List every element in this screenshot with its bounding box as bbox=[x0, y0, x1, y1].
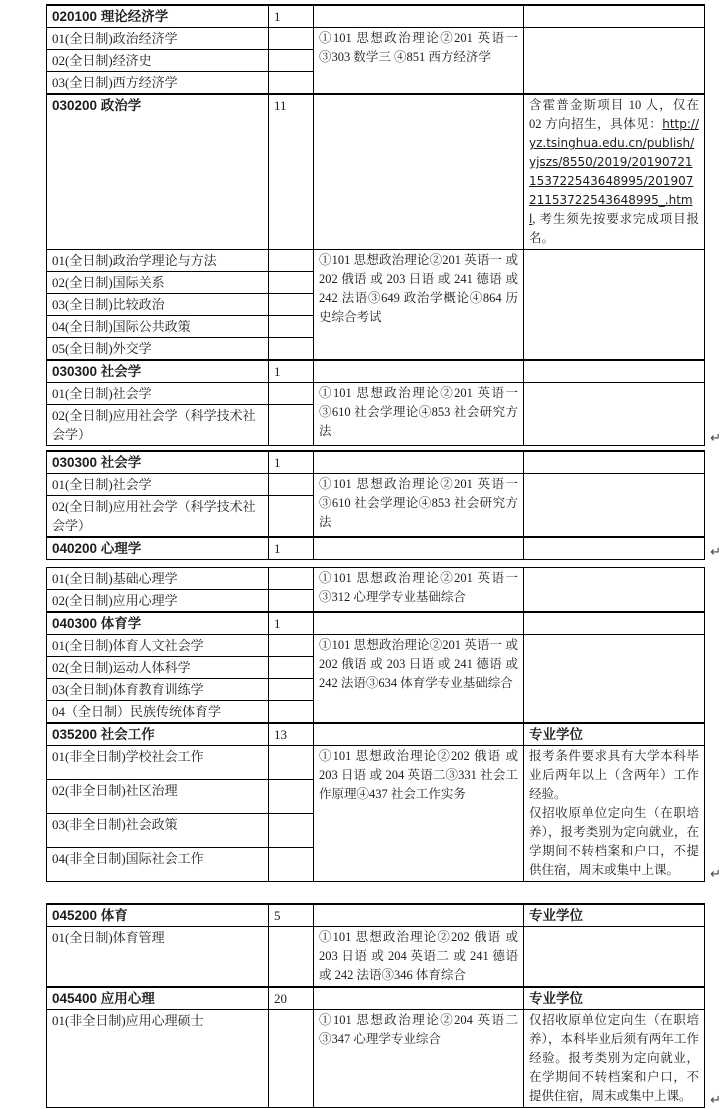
program-header-row: 020100 理论经济学1 bbox=[47, 5, 705, 28]
remark-cell bbox=[524, 537, 705, 560]
remark-cell bbox=[524, 28, 705, 95]
document-page: 020100 理论经济学101(全日制)政治经济学①101 思想政治理论②201… bbox=[0, 0, 726, 1108]
remark-cell: 含霍普金斯项目 10 人，仅在 02 方向招生，具体见：http://yz.ts… bbox=[524, 94, 705, 250]
table-row: 01(非全日制)应用心理硕士①101 思想政治理论②204 英语二③347 心理… bbox=[47, 1010, 705, 1108]
enrollment-count-cell bbox=[269, 746, 314, 780]
remark-text: 报考条件要求具有大学本科毕业后两年以上（含两年）工作经验。 bbox=[529, 749, 699, 801]
program-code-cell: 035200 社会工作 bbox=[47, 723, 269, 746]
enrollment-count-cell: 11 bbox=[269, 94, 314, 250]
direction-cell: 05(全日制)外交学 bbox=[47, 338, 269, 361]
program-header-row: 045400 应用心理20专业学位 bbox=[47, 987, 705, 1010]
direction-cell: 02(全日制)运动人体科学 bbox=[47, 657, 269, 679]
enrollment-count-cell bbox=[269, 316, 314, 338]
exam-subjects-cell bbox=[314, 94, 524, 250]
enrollment-count-cell bbox=[269, 405, 314, 446]
remark-cell: 专业学位 bbox=[524, 723, 705, 746]
direction-cell: 01(全日制)基础心理学 bbox=[47, 568, 269, 590]
remark-cell bbox=[524, 360, 705, 383]
enrollment-count-cell bbox=[269, 28, 314, 50]
program-header-row: 030300 社会学1 bbox=[47, 360, 705, 383]
exam-subjects-cell bbox=[314, 537, 524, 560]
enrollment-count-cell: 1 bbox=[269, 451, 314, 474]
direction-cell: 02(全日制)国际关系 bbox=[47, 272, 269, 294]
table-row: 01(全日制)基础心理学①101 思想政治理论②201 英语一③312 心理学专… bbox=[47, 568, 705, 590]
admissions-table: 01(全日制)基础心理学①101 思想政治理论②201 英语一③312 心理学专… bbox=[46, 567, 705, 882]
enrollment-count-cell: 13 bbox=[269, 723, 314, 746]
enrollment-count-cell: 20 bbox=[269, 987, 314, 1010]
direction-cell: 04(全日制)国际公共政策 bbox=[47, 316, 269, 338]
enrollment-count-cell bbox=[269, 72, 314, 95]
paragraph-return-mark: ↵ bbox=[710, 546, 721, 560]
table-row: 01(非全日制)学校社会工作①101 思想政治理论②202 俄语 或 203 日… bbox=[47, 746, 705, 780]
remark-cell bbox=[524, 474, 705, 538]
document-body: { "document": { "return_mark": "↵", "col… bbox=[0, 0, 726, 1109]
enrollment-count-cell bbox=[269, 272, 314, 294]
program-header-row: 040300 体育学1 bbox=[47, 612, 705, 635]
enrollment-count-cell bbox=[269, 590, 314, 613]
direction-cell: 02(全日制)应用社会学（科学技术社会学） bbox=[47, 405, 269, 446]
direction-cell: 01(全日制)体育管理 bbox=[47, 927, 269, 988]
table-section-4: 045200 体育5专业学位01(全日制)体育管理①101 思想政治理论②202… bbox=[46, 903, 704, 1108]
enrollment-count-cell bbox=[269, 294, 314, 316]
exam-subjects-cell: ①101 思想政治理论②202 俄语 或 203 日语 或 204 英语二③33… bbox=[314, 746, 524, 882]
direction-cell: 03(非全日制)社会政策 bbox=[47, 814, 269, 848]
exam-subjects-cell: ①101 思想政治理论②202 俄语 或 203 日语 或 204 英语二 或 … bbox=[314, 927, 524, 988]
exam-subjects-cell bbox=[314, 360, 524, 383]
direction-cell: 01(全日制)政治经济学 bbox=[47, 28, 269, 50]
exam-subjects-cell bbox=[314, 5, 524, 28]
enrollment-count-cell bbox=[269, 1010, 314, 1108]
paragraph-return-mark: ↵ bbox=[710, 868, 721, 882]
remark-cell bbox=[524, 568, 705, 613]
program-code-cell: 045200 体育 bbox=[47, 904, 269, 927]
enrollment-count-cell bbox=[269, 635, 314, 657]
enrollment-count-cell bbox=[269, 848, 314, 882]
table-row: 01(全日制)体育管理①101 思想政治理论②202 俄语 或 203 日语 或… bbox=[47, 927, 705, 988]
remark-cell: 专业学位 bbox=[524, 904, 705, 927]
paragraph-return-mark: ↵ bbox=[710, 1094, 721, 1108]
program-header-row: 045200 体育5专业学位 bbox=[47, 904, 705, 927]
enrollment-count-cell bbox=[269, 780, 314, 814]
direction-cell: 01(全日制)社会学 bbox=[47, 383, 269, 405]
direction-cell: 01(非全日制)应用心理硕士 bbox=[47, 1010, 269, 1108]
enrollment-count-cell bbox=[269, 383, 314, 405]
program-header-row: 035200 社会工作13专业学位 bbox=[47, 723, 705, 746]
table-row: 01(全日制)社会学①101 思想政治理论②201 英语一③610 社会学理论④… bbox=[47, 474, 705, 496]
direction-cell: 02(全日制)应用社会学（科学技术社会学） bbox=[47, 496, 269, 538]
direction-cell: 01(全日制)体育人文社会学 bbox=[47, 635, 269, 657]
admissions-table: 020100 理论经济学101(全日制)政治经济学①101 思想政治理论②201… bbox=[46, 4, 705, 446]
enrollment-count-cell bbox=[269, 927, 314, 988]
exam-subjects-cell bbox=[314, 904, 524, 927]
direction-cell: 02(全日制)经济史 bbox=[47, 50, 269, 72]
enrollment-count-cell bbox=[269, 474, 314, 496]
enrollment-count-cell bbox=[269, 338, 314, 361]
table-section-1: 020100 理论经济学101(全日制)政治经济学①101 思想政治理论②201… bbox=[46, 4, 704, 446]
remark-cell bbox=[524, 250, 705, 361]
program-code-cell: 020100 理论经济学 bbox=[47, 5, 269, 28]
remark-cell bbox=[524, 451, 705, 474]
exam-subjects-cell: ①101 思想政治理论②201 英语一③610 社会学理论④853 社会研究方法 bbox=[314, 474, 524, 538]
program-code-cell: 040300 体育学 bbox=[47, 612, 269, 635]
enrollment-count-cell: 1 bbox=[269, 360, 314, 383]
exam-subjects-cell: ①101 思想政治理论②201 英语一 或 202 俄语 或 203 日语 或 … bbox=[314, 635, 524, 724]
enrollment-count-cell bbox=[269, 496, 314, 538]
exam-subjects-cell: ①101 思想政治理论②201 英语一③610 社会学理论④853 社会研究方法 bbox=[314, 383, 524, 446]
direction-cell: 04(非全日制)国际社会工作 bbox=[47, 848, 269, 882]
enrollment-count-cell: 5 bbox=[269, 904, 314, 927]
table-row: 01(全日制)政治经济学①101 思想政治理论②201 英语一 ③303 数学三… bbox=[47, 28, 705, 50]
enrollment-count-cell: 1 bbox=[269, 537, 314, 560]
program-code-cell: 040200 心理学 bbox=[47, 537, 269, 560]
remark-cell bbox=[524, 927, 705, 988]
exam-subjects-cell: ①101 思想政治理论②204 英语二③347 心理学专业综合 bbox=[314, 1010, 524, 1108]
direction-cell: 02(全日制)应用心理学 bbox=[47, 590, 269, 613]
exam-subjects-cell: ①101 思想政治理论②201 英语一 或 202 俄语 或 203 日语 或 … bbox=[314, 250, 524, 361]
remark-cell: 专业学位 bbox=[524, 987, 705, 1010]
exam-subjects-cell bbox=[314, 451, 524, 474]
program-code-cell: 030300 社会学 bbox=[47, 451, 269, 474]
exam-subjects-cell bbox=[314, 987, 524, 1010]
remark-cell: 报考条件要求具有大学本科毕业后两年以上（含两年）工作经验。仅招收原单位定向生（在… bbox=[524, 746, 705, 882]
table-row: 01(全日制)政治学理论与方法①101 思想政治理论②201 英语一 或 202… bbox=[47, 250, 705, 272]
table-section-3: 01(全日制)基础心理学①101 思想政治理论②201 英语一③312 心理学专… bbox=[46, 567, 704, 882]
direction-cell: 01(全日制)社会学 bbox=[47, 474, 269, 496]
exam-subjects-cell: ①101 思想政治理论②201 英语一 ③303 数学三 ④851 西方经济学 bbox=[314, 28, 524, 95]
table-row: 01(全日制)社会学①101 思想政治理论②201 英语一③610 社会学理论④… bbox=[47, 383, 705, 405]
remark-cell bbox=[524, 612, 705, 635]
remark-text: , 考生须先按要求完成项目报名。 bbox=[529, 212, 699, 245]
remark-cell bbox=[524, 383, 705, 446]
remark-text: 仅招收原单位定向生（在职培养），报考类别为定向就业，在学期间不转档案和户口，不提… bbox=[529, 806, 699, 877]
enrollment-count-cell bbox=[269, 250, 314, 272]
program-header-row: 030200 政治学11含霍普金斯项目 10 人，仅在 02 方向招生，具体见：… bbox=[47, 94, 705, 250]
enrollment-count-cell bbox=[269, 568, 314, 590]
program-code-cell: 030200 政治学 bbox=[47, 94, 269, 250]
program-code-cell: 030300 社会学 bbox=[47, 360, 269, 383]
admissions-table: 030300 社会学101(全日制)社会学①101 思想政治理论②201 英语一… bbox=[46, 450, 705, 560]
enrollment-count-cell bbox=[269, 679, 314, 701]
remark-cell bbox=[524, 5, 705, 28]
program-header-row: 040200 心理学1 bbox=[47, 537, 705, 560]
enrollment-count-cell: 1 bbox=[269, 5, 314, 28]
program-header-row: 030300 社会学1 bbox=[47, 451, 705, 474]
enrollment-count-cell bbox=[269, 701, 314, 724]
enrollment-count-cell: 1 bbox=[269, 612, 314, 635]
direction-cell: 04（全日制）民族传统体育学 bbox=[47, 701, 269, 724]
program-code-cell: 045400 应用心理 bbox=[47, 987, 269, 1010]
table-row: 01(全日制)体育人文社会学①101 思想政治理论②201 英语一 或 202 … bbox=[47, 635, 705, 657]
table-section-2: 030300 社会学101(全日制)社会学①101 思想政治理论②201 英语一… bbox=[46, 450, 704, 560]
direction-cell: 03(全日制)西方经济学 bbox=[47, 72, 269, 95]
paragraph-return-mark: ↵ bbox=[710, 432, 721, 446]
enrollment-count-cell bbox=[269, 657, 314, 679]
remark-cell bbox=[524, 635, 705, 724]
exam-subjects-cell: ①101 思想政治理论②201 英语一③312 心理学专业基础综合 bbox=[314, 568, 524, 613]
enrollment-count-cell bbox=[269, 814, 314, 848]
remark-cell: 仅招收原单位定向生（在职培养），本科毕业后须有两年工作经验。报考类别为定向就业，… bbox=[524, 1010, 705, 1108]
direction-cell: 01(非全日制)学校社会工作 bbox=[47, 746, 269, 780]
exam-subjects-cell bbox=[314, 723, 524, 746]
direction-cell: 03(全日制)体育教育训练学 bbox=[47, 679, 269, 701]
direction-cell: 02(非全日制)社区治理 bbox=[47, 780, 269, 814]
admissions-table: 045200 体育5专业学位01(全日制)体育管理①101 思想政治理论②202… bbox=[46, 903, 705, 1108]
direction-cell: 03(全日制)比较政治 bbox=[47, 294, 269, 316]
direction-cell: 01(全日制)政治学理论与方法 bbox=[47, 250, 269, 272]
exam-subjects-cell bbox=[314, 612, 524, 635]
enrollment-count-cell bbox=[269, 50, 314, 72]
remark-url-link[interactable]: http://yz.tsinghua.edu.cn/publish/yjszs/… bbox=[529, 117, 699, 226]
